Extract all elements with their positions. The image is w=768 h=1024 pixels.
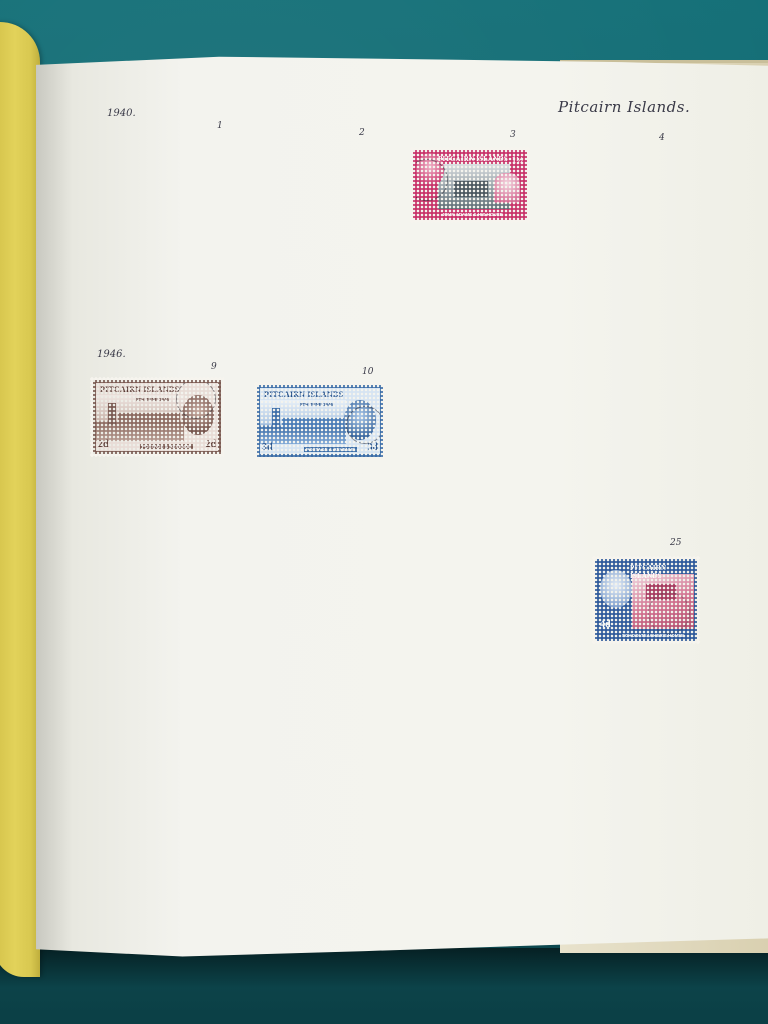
queen-portrait-icon bbox=[600, 570, 632, 608]
slot-number-9: 9 bbox=[211, 362, 217, 372]
stamp-date-line: 8TH JUNE 1946 bbox=[136, 397, 169, 402]
stamp-value-left: 3d bbox=[262, 442, 273, 453]
album-page bbox=[36, 54, 768, 962]
stamp-value-right: 3d bbox=[367, 442, 378, 453]
slot-number-2: 2 bbox=[359, 128, 365, 138]
stamp-slot-9: PITCAIRN ISLANDS 8TH JUNE 1946 2d 2d POS… bbox=[90, 377, 224, 457]
slot-number-4: 4 bbox=[659, 133, 665, 143]
stamp-caption: POSTAGE & REVENUE bbox=[304, 447, 357, 452]
parliament-tower-icon bbox=[108, 403, 116, 425]
stamp-value: 4d bbox=[600, 619, 611, 630]
slot-number-25: 25 bbox=[670, 538, 681, 548]
slot-number-10: 10 bbox=[362, 367, 373, 377]
stamp-country: PITCAIRN ISLANDS bbox=[630, 564, 694, 580]
stamp-value-left: 2d bbox=[98, 439, 109, 450]
stamp-caption: JOHN ADAMS & HIS HOUSE bbox=[442, 212, 503, 217]
house-icon bbox=[454, 181, 488, 197]
yellow-album-cover bbox=[0, 22, 40, 977]
stamp-country: PITCAIRN ISLANDS bbox=[264, 390, 380, 399]
stamp-date-line: 8TH JUNE 1946 bbox=[300, 402, 333, 407]
stamp-slot-25: PITCAIRN ISLANDS 4d SCHOOLTEACHER'S HOUS… bbox=[592, 556, 700, 644]
slot-number-3: 3 bbox=[510, 130, 516, 140]
stamp-caption: POSTAGE & REVENUE bbox=[140, 444, 193, 449]
postmark-icon bbox=[346, 406, 383, 444]
stamp-value: 1½ bbox=[512, 155, 523, 165]
page-shadow bbox=[0, 948, 768, 988]
postmark-icon bbox=[176, 380, 216, 419]
stamp-slot-10: PITCAIRN ISLANDS 8TH JUNE 1946 3d 3d POS… bbox=[254, 382, 386, 460]
year-label-1940: 1940. bbox=[107, 108, 136, 119]
parliament-building-icon bbox=[282, 418, 344, 428]
page-title: Pitcairn Islands. bbox=[558, 98, 690, 116]
stamp-slot-3: PITCAIRN ISLANDS 1½ JOHN ADAMS & HIS HOU… bbox=[410, 147, 530, 223]
postmark-icon bbox=[648, 592, 690, 634]
stamp-value-right: 2d bbox=[205, 439, 216, 450]
parliament-building-icon bbox=[118, 413, 180, 423]
john-adams-portrait-icon bbox=[494, 173, 520, 203]
year-label-1946: 1946. bbox=[97, 349, 126, 360]
slot-number-1: 1 bbox=[217, 121, 223, 131]
stamp-caption: SCHOOLTEACHER'S HOUSE bbox=[622, 633, 684, 638]
parliament-tower-icon bbox=[272, 408, 280, 430]
